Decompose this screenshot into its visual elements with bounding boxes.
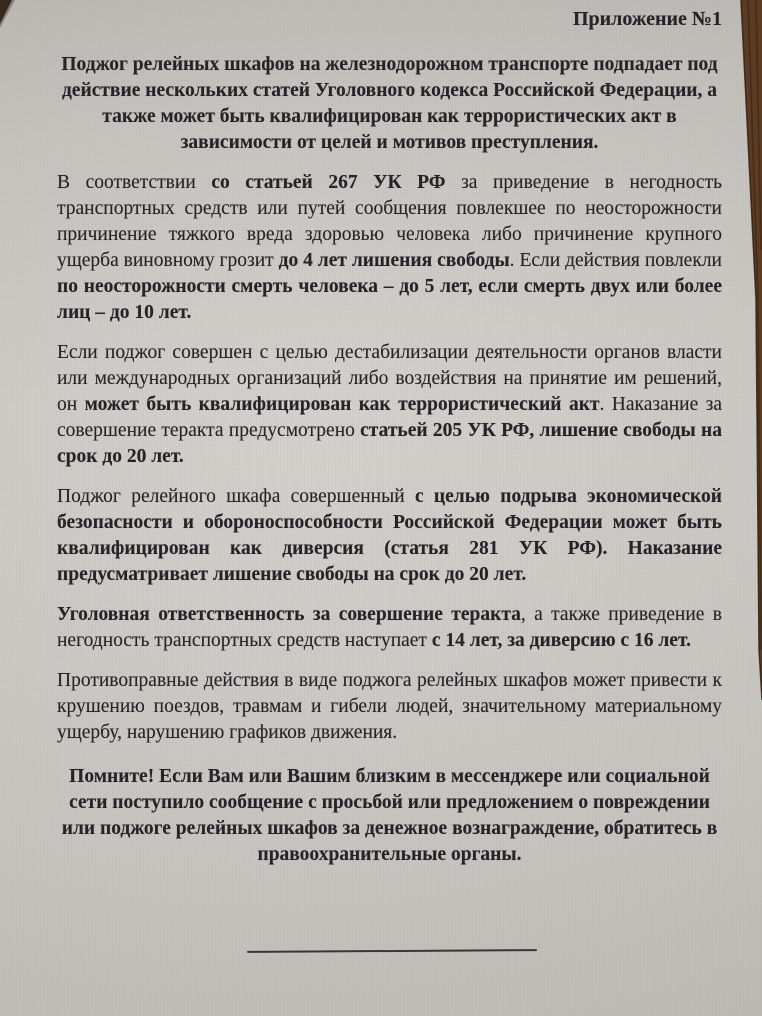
paragraph-liability-age: Уголовная ответственность за совершение …	[57, 602, 722, 654]
text-run: со статьей 267 УК РФ	[211, 172, 461, 193]
text-run: может быть квалифицирован как террористи…	[85, 394, 600, 415]
paragraph-article-281: Поджог релейного шкафа совершенный с цел…	[57, 484, 722, 588]
text-run: по неосторожности смерть человека – до 5…	[57, 276, 722, 323]
paragraph-article-205: Если поджог совершен с целью дестабилиза…	[57, 340, 722, 470]
text-run: Уголовная ответственность за совершение …	[57, 604, 521, 625]
photographed-document-page: Приложение №1 Поджог релейных шкафов на …	[0, 0, 762, 1016]
paragraph-intro: Поджог релейных шкафов на железнодорожно…	[57, 52, 722, 156]
text-run: Поджог релейных шкафов на железнодорожно…	[61, 54, 717, 153]
text-run: Помните! Если Вам или Вашим близким в ме…	[62, 766, 718, 865]
text-run: Противоправные действия в виде поджога р…	[57, 670, 722, 743]
text-run: Поджог релейного шкафа совершенный	[57, 486, 415, 507]
text-run: . Если действия повлекли	[510, 250, 722, 271]
paragraph-article-267: В соответствии со статьей 267 УК РФ за п…	[57, 170, 722, 326]
paragraph-reminder: Помните! Если Вам или Вашим близким в ме…	[57, 764, 722, 868]
document-content: Приложение №1 Поджог релейных шкафов на …	[57, 6, 722, 882]
text-run: с 14 лет, за диверсию с 16 лет.	[432, 630, 691, 651]
document-header: Приложение №1	[57, 6, 722, 32]
text-run: до 4 лет лишения свободы	[279, 250, 510, 271]
document-body: Поджог релейных шкафов на железнодорожно…	[57, 52, 722, 868]
wood-table-edge	[736, 0, 762, 700]
signature-line	[247, 949, 537, 953]
text-run: В соответствии	[57, 172, 211, 193]
paragraph-consequences: Противоправные действия в виде поджога р…	[57, 668, 722, 746]
corner-shadow-mark	[0, 0, 16, 28]
